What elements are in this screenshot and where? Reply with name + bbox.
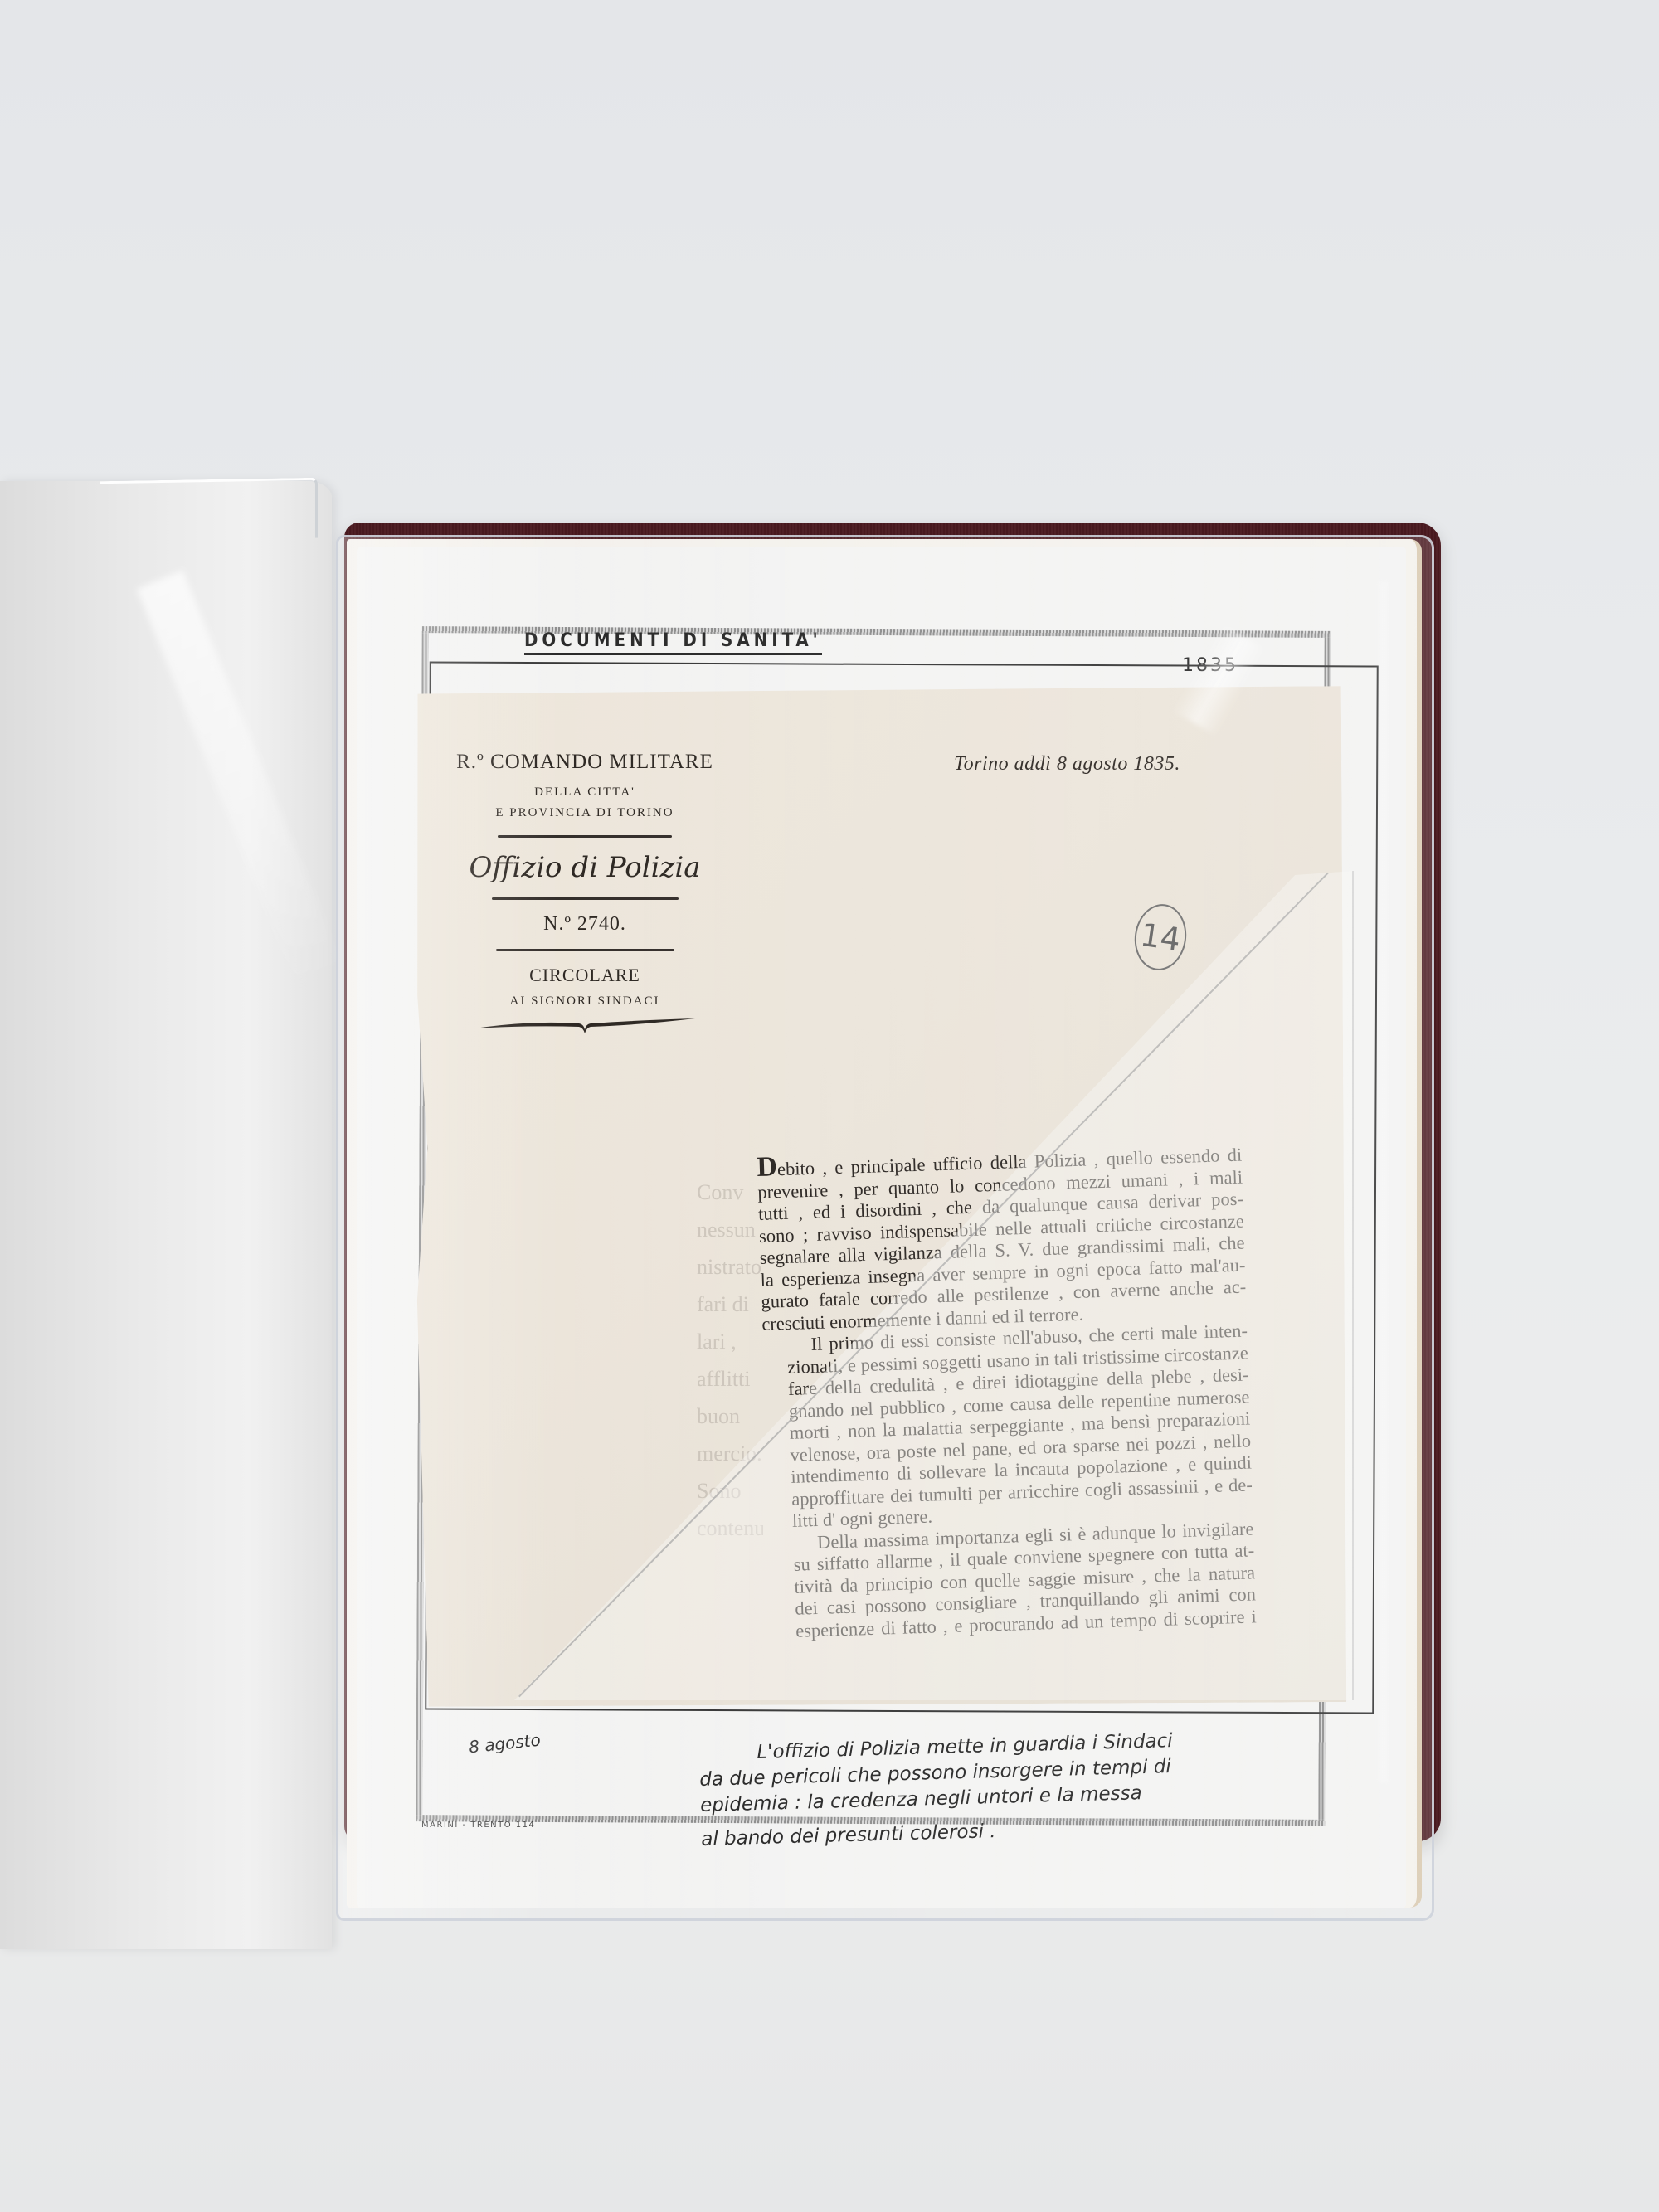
left-album-pages[interactable] bbox=[0, 481, 332, 1949]
plastic-sleeve bbox=[336, 535, 1434, 1921]
plastic-sleeve-edge bbox=[100, 478, 318, 542]
sleeve-reflection bbox=[1377, 581, 1390, 1783]
